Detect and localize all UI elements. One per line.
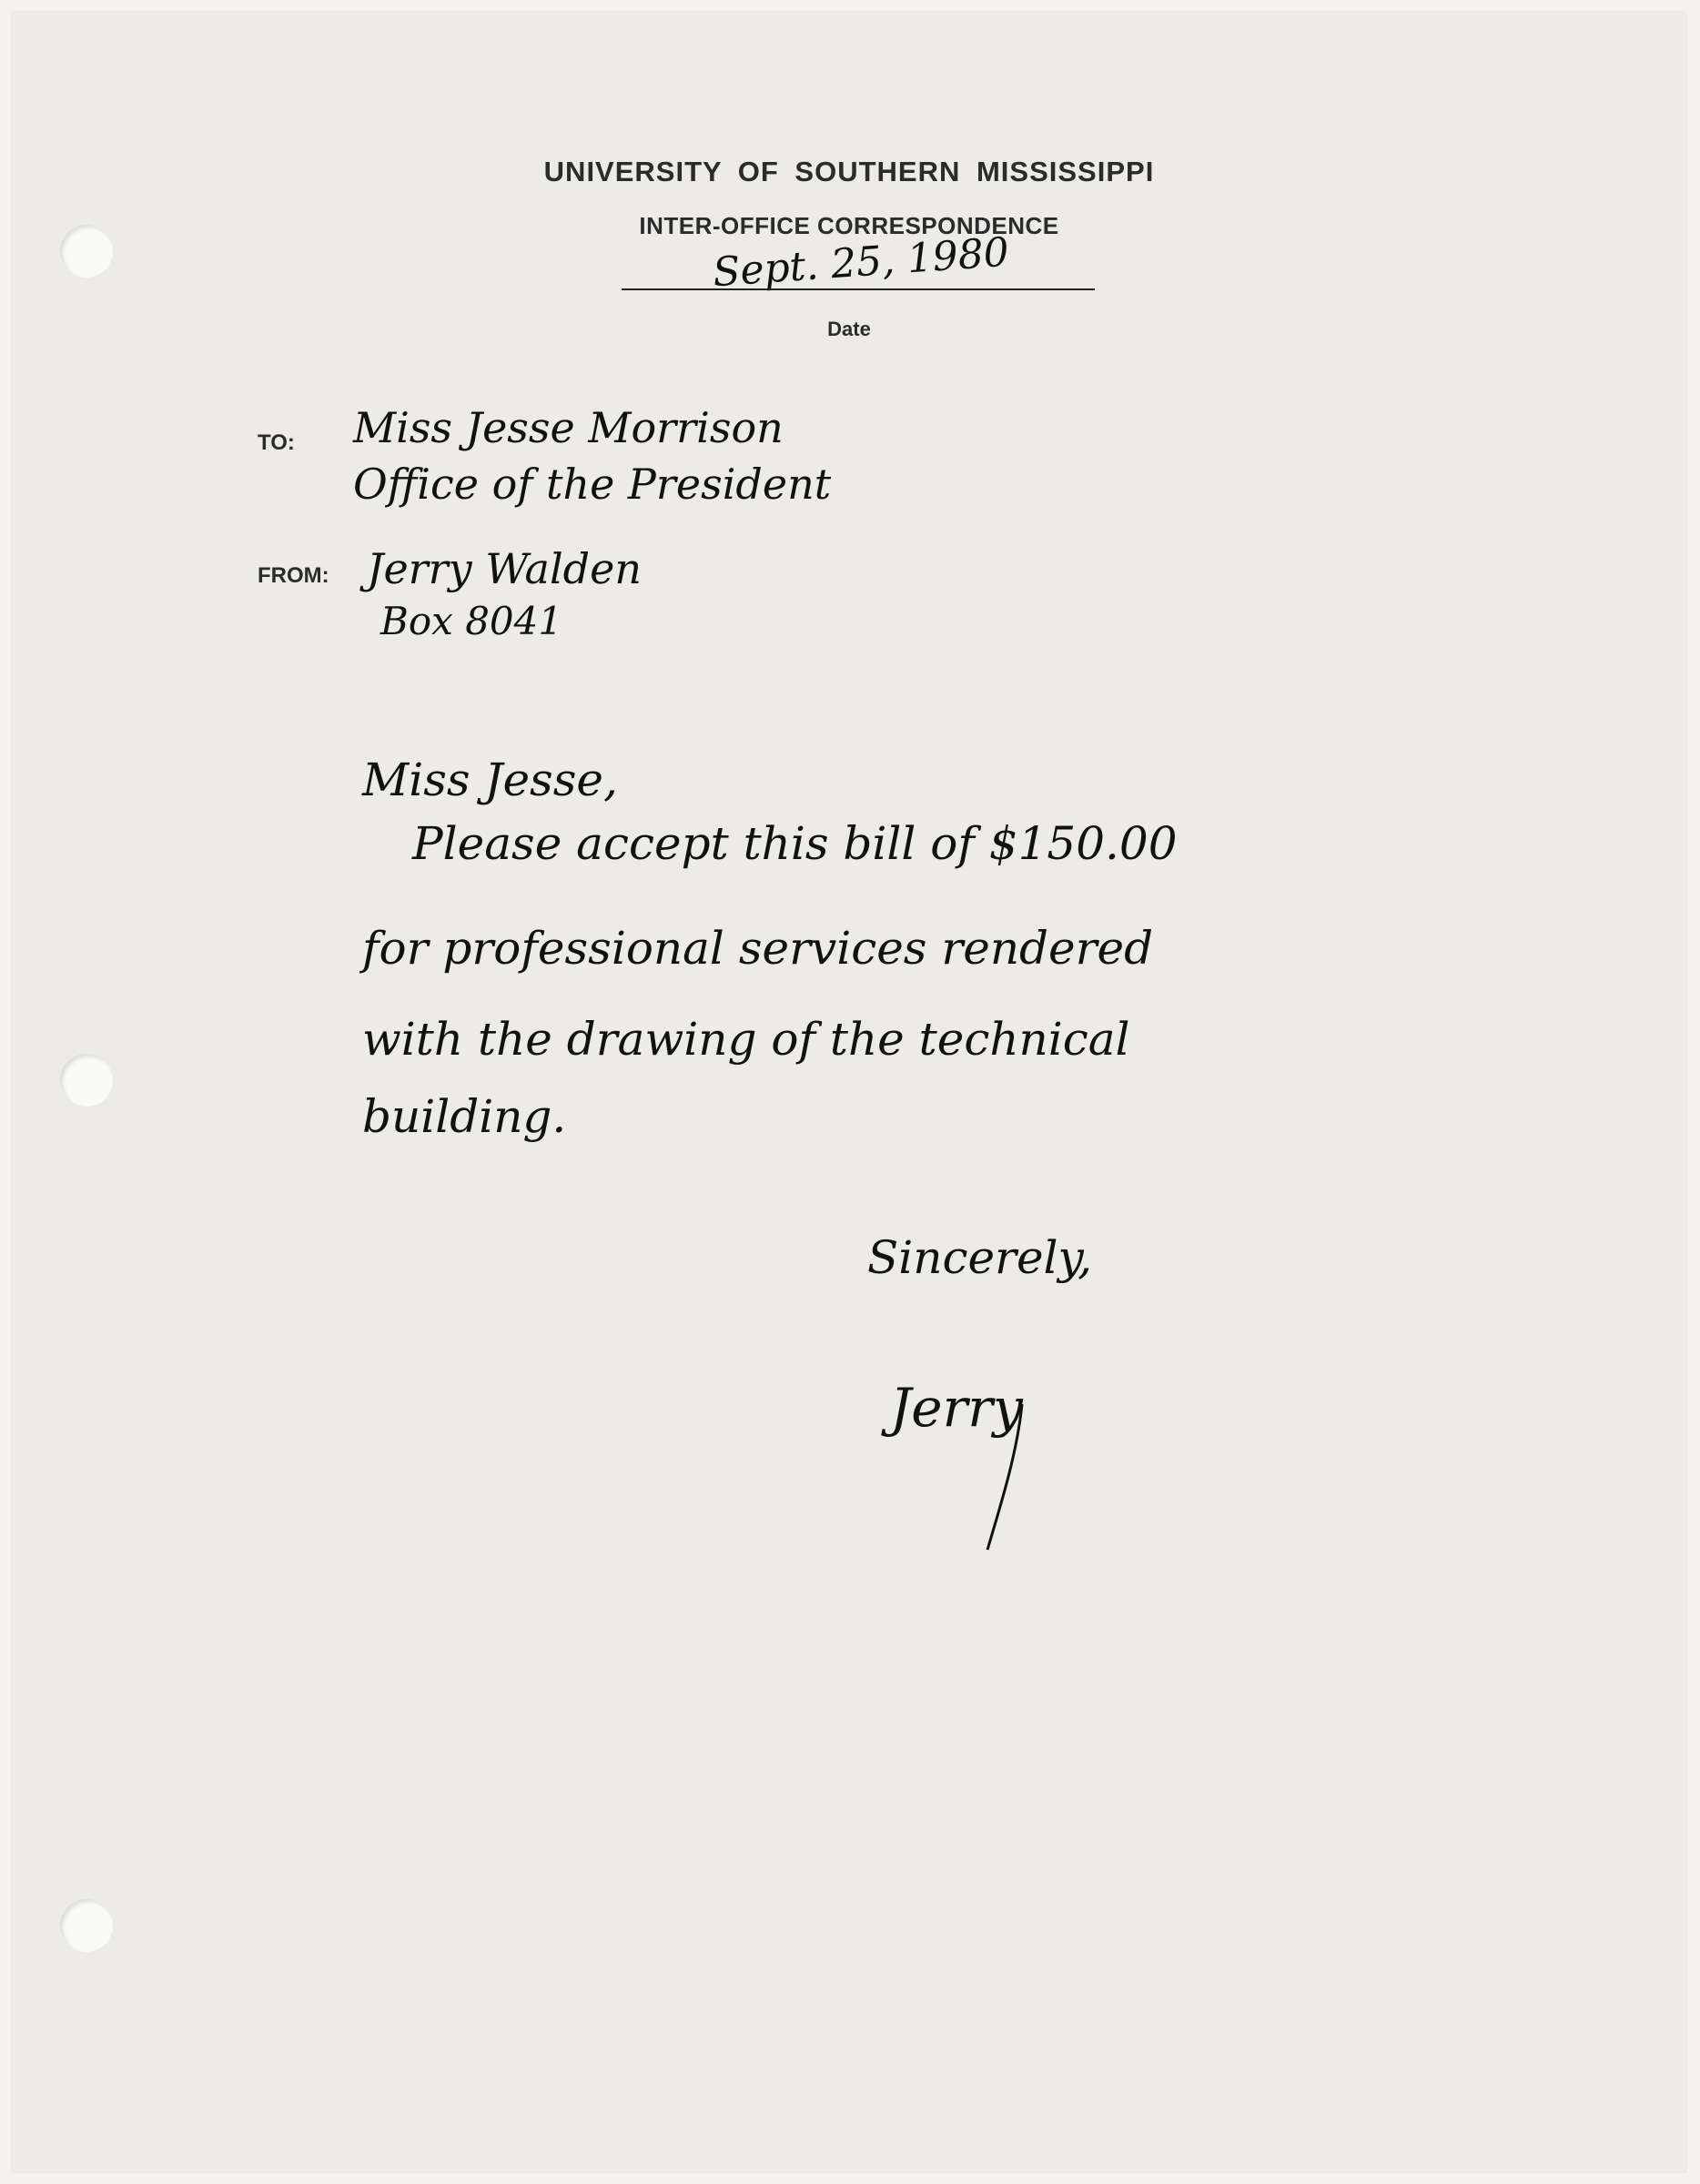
- from-sender-box: Box 8041: [380, 599, 562, 643]
- body-line-3: with the drawing of the technical: [362, 1013, 1130, 1066]
- from-label: FROM:: [258, 563, 329, 589]
- date-label: Date: [12, 318, 1686, 341]
- body-line-4: building.: [362, 1090, 566, 1143]
- punch-hole-middle: [60, 1054, 113, 1107]
- punch-hole-bottom: [60, 1899, 113, 1952]
- to-label: TO:: [258, 430, 295, 456]
- form-title: INTER-OFFICE CORRESPONDENCE: [12, 212, 1686, 240]
- valediction: Sincerely,: [867, 1231, 1092, 1284]
- signature-flourish: [976, 1395, 1031, 1559]
- date-underline: [622, 288, 1095, 290]
- to-recipient-name: Miss Jesse Morrison: [353, 403, 784, 452]
- body-line-2: for professional services rendered: [362, 922, 1153, 975]
- body-line-1: Please accept this bill of $150.00: [412, 817, 1178, 870]
- institution-name: UNIVERSITY OF SOUTHERN MISSISSIPPI: [12, 156, 1686, 188]
- to-recipient-office: Office of the President: [353, 460, 831, 509]
- memo-paper: UNIVERSITY OF SOUTHERN MISSISSIPPI INTER…: [12, 12, 1686, 2172]
- salutation: Miss Jesse,: [362, 753, 618, 806]
- from-sender-name: Jerry Walden: [367, 544, 642, 593]
